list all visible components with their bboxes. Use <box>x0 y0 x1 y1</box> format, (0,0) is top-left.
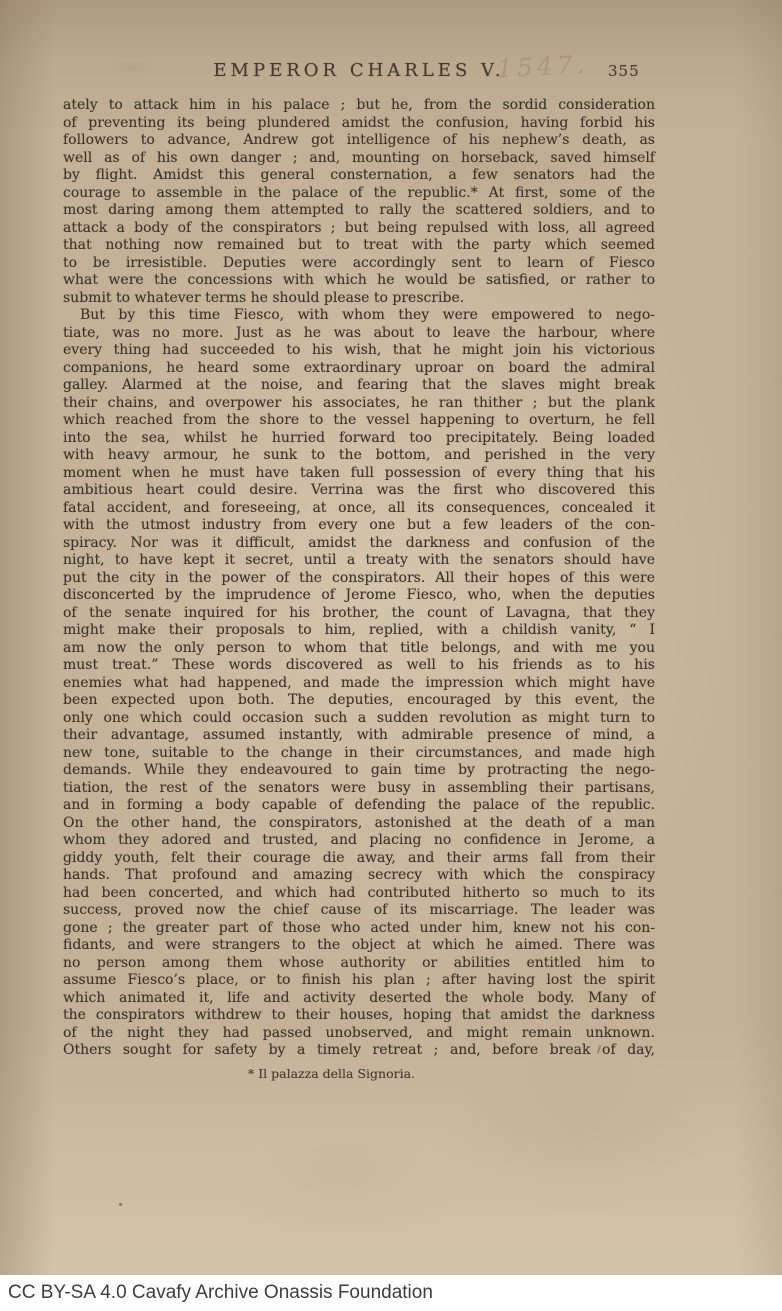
text-line: ambitious heart could desire. Verrina wa… <box>63 482 655 500</box>
text-line: might make their proposals to him, repli… <box>63 622 655 640</box>
text-line: must treat.” These words discovered as w… <box>63 657 655 675</box>
text-line: success, proved now the chief cause of i… <box>63 902 655 920</box>
text-line: and in forming a body capable of defendi… <box>63 797 655 815</box>
text-line: which reached from the shore to the vess… <box>63 412 655 430</box>
text-line: by flight. Amidst this general consterna… <box>63 167 655 185</box>
text-line: that nothing now remained but to treat w… <box>63 237 655 255</box>
text-line: am now the only person to whom that titl… <box>63 640 655 658</box>
text-line: disconcerted by the imprudence of Jerome… <box>63 587 655 605</box>
text-line: assume Fiesco’s place, or to finish his … <box>63 972 655 990</box>
text-line: every thing had succeeded to his wish, t… <box>63 342 655 360</box>
text-line: with the utmost industry from every one … <box>63 517 655 535</box>
text-line: companions, he heard some extraordinary … <box>63 360 655 378</box>
body-text: ately to attack him in his palace ; but … <box>63 97 655 1060</box>
text-line: of the senate inquired for his brother, … <box>63 605 655 623</box>
text-line: followers to advance, Andrew got intelli… <box>63 132 655 150</box>
text-line: the conspirators withdrew to their house… <box>63 1007 655 1025</box>
text-line: gone ; the greater part of those who act… <box>63 920 655 938</box>
text-line: of preventing its being plundered amidst… <box>63 115 655 133</box>
text-line: their advantage, assumed instantly, with… <box>63 727 655 745</box>
text-line: put the city in the power of the conspir… <box>63 570 655 588</box>
text-line: ately to attack him in his palace ; but … <box>63 97 655 115</box>
text-line: giddy youth, felt their courage die away… <box>63 850 655 868</box>
page-number: 355 <box>608 62 656 80</box>
text-line: new tone, suitable to the change in thei… <box>63 745 655 763</box>
text-line: which animated it, life and activity des… <box>63 990 655 1008</box>
text-line: courage to assemble in the palace of the… <box>63 185 655 203</box>
text-line: attack a body of the conspirators ; but … <box>63 220 655 238</box>
text-line: tiation, the rest of the senators were b… <box>63 780 655 798</box>
text-line: galley. Alarmed at the noise, and fearin… <box>63 377 655 395</box>
text-line: Others sought for safety by a timely ret… <box>63 1042 655 1060</box>
text-line: only one which could occasion such a sud… <box>63 710 655 728</box>
text-line: submit to whatever terms he should pleas… <box>63 290 655 308</box>
text-line: what were the concessions with which he … <box>63 272 655 290</box>
paragraph-fiesco-death: But by this time Fiesco, with whom they … <box>63 307 655 1060</box>
footnote: * Il palazza della Signoria. <box>248 1066 415 1081</box>
text-line: into the sea, whilst he hurried forward … <box>63 430 655 448</box>
text-line: most daring among them attempted to rall… <box>63 202 655 220</box>
text-line: But by this time Fiesco, with whom they … <box>63 307 655 325</box>
book-page-scan: EMPEROR CHARLES V. 1547. 355 ately to at… <box>0 0 782 1275</box>
text-line: with heavy armour, he sunk to the bottom… <box>63 447 655 465</box>
paragraph-continuation: ately to attack him in his palace ; but … <box>63 97 655 307</box>
text-line: night, to have kept it secret, until a t… <box>63 552 655 570</box>
paper-speck <box>119 1203 122 1206</box>
text-line: demands. While they endeavoured to gain … <box>63 762 655 780</box>
text-line: tiate, was no more. Just as he was about… <box>63 325 655 343</box>
text-line: fatal accident, and foreseeing, at once,… <box>63 500 655 518</box>
text-line: On the other hand, the conspirators, ast… <box>63 815 655 833</box>
text-line: spiracy. Nor was it difficult, amidst th… <box>63 535 655 553</box>
text-line: had been concerted, and which had contri… <box>63 885 655 903</box>
text-line: enemies what had happened, and made the … <box>63 675 655 693</box>
text-line: moment when he must have taken full poss… <box>63 465 655 483</box>
handwritten-year-annotation: 1547. <box>496 50 589 84</box>
text-line: whom they adored and trusted, and placin… <box>63 832 655 850</box>
text-line: to be irresistible. Deputies were accord… <box>63 255 655 273</box>
text-line: of the night they had passed unobserved,… <box>63 1025 655 1043</box>
text-line: well as of his own danger ; and, mountin… <box>63 150 655 168</box>
text-line: no person among them whose authority or … <box>63 955 655 973</box>
text-line: been expected upon both. The deputies, e… <box>63 692 655 710</box>
text-line: fidants, and were strangers to the objec… <box>63 937 655 955</box>
attribution-bar: CC BY-SA 4.0 Cavafy Archive Onassis Foun… <box>0 1275 782 1311</box>
license-attribution-text: CC BY-SA 4.0 Cavafy Archive Onassis Foun… <box>0 1282 433 1304</box>
text-line: their chains, and overpower his associat… <box>63 395 655 413</box>
text-line: hands. That profound and amazing secrecy… <box>63 867 655 885</box>
